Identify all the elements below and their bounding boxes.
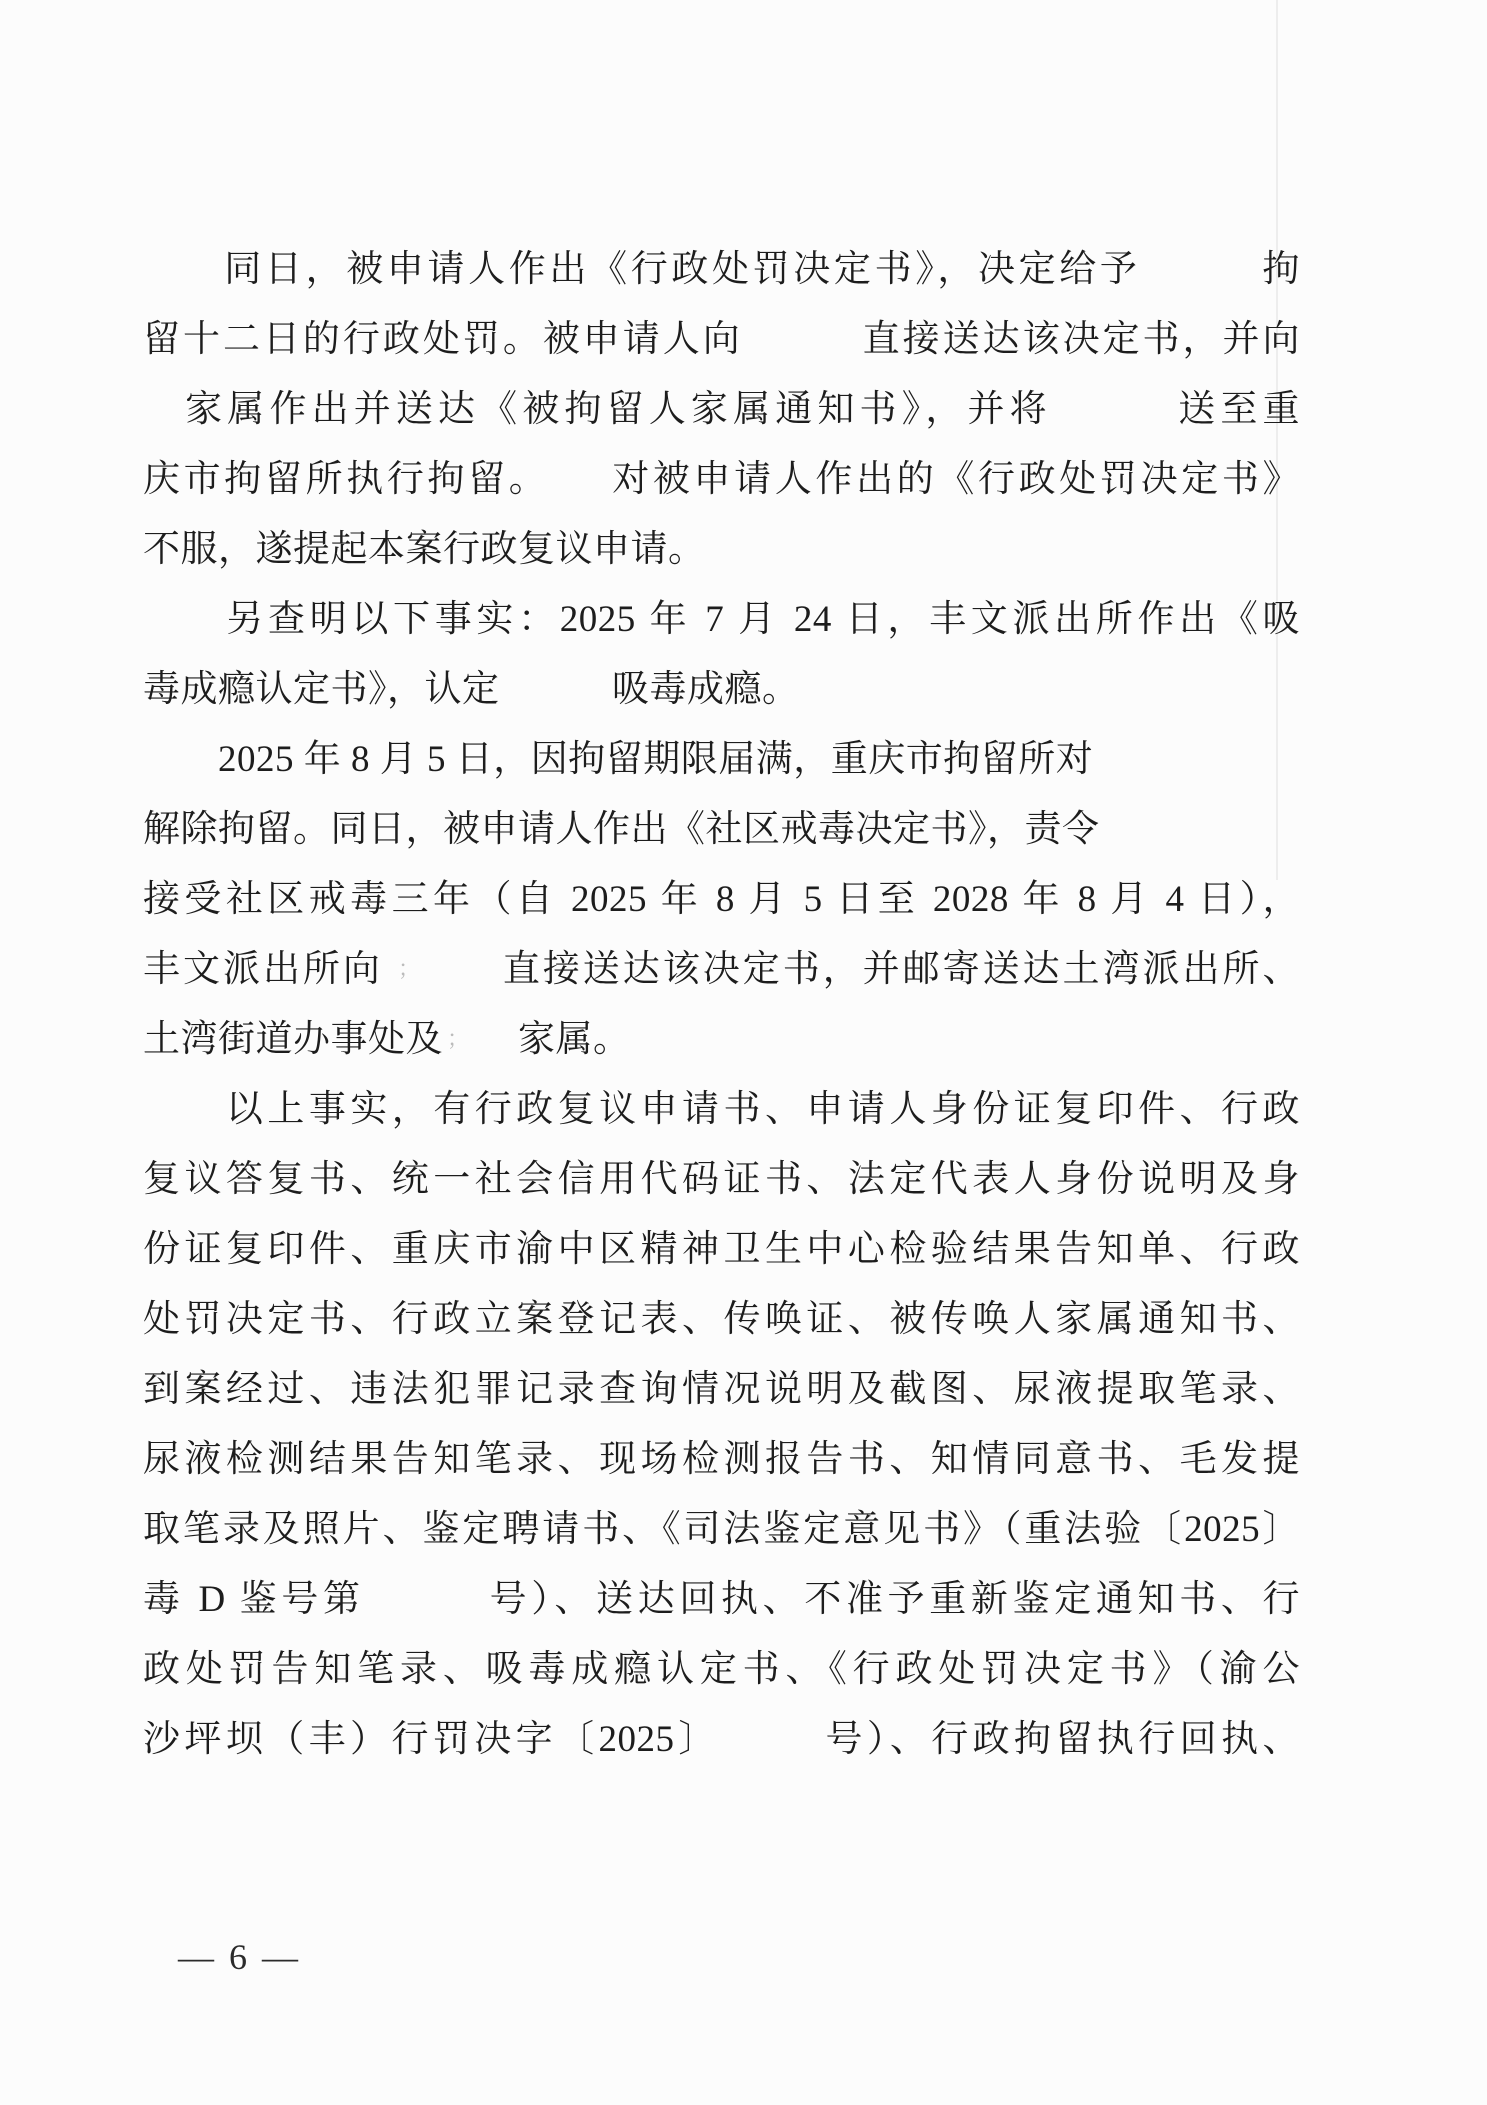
page-number: — 6 — xyxy=(178,1936,301,1978)
text-line: 到案经过、违法犯罪记录查询情况说明及截图、尿液提取笔录、 xyxy=(143,1355,1300,1425)
text-line: 尿液检测结果告知笔录、现场检测报告书、知情同意书、毛发提 xyxy=(143,1425,1300,1495)
text-line: 留十二日的行政处罚。被申请人向 直接送达该决定书，并向 xyxy=(143,305,1300,375)
text-line: 庆市拘留所执行拘留。 对被申请人作出的《行政处罚决定书》 xyxy=(143,445,1300,515)
text-line: 同日，被申请人作出《行政处罚决定书》，决定给予 拘 xyxy=(143,235,1300,305)
text-line: 以上事实，有行政复议申请书、申请人身份证复印件、行政 xyxy=(143,1075,1300,1145)
text-line: 2025 年 8 月 5 日，因拘留期限届满，重庆市拘留所对 xyxy=(143,725,1300,795)
text-line: 丰文派出所向 直接送达该决定书，并邮寄送达土湾派出所、 xyxy=(143,935,1300,1005)
text-line: 沙坪坝（丰）行罚决字〔2025〕 号）、行政拘留执行回执、 xyxy=(143,1705,1300,1775)
text-line: 不服，遂提起本案行政复议申请。 xyxy=(143,515,1300,585)
document-body: 同日，被申请人作出《行政处罚决定书》，决定给予 拘留十二日的行政处罚。被申请人向… xyxy=(143,235,1300,1775)
text-line: 取笔录及照片、鉴定聘请书、《司法鉴定意见书》（重法验〔2025〕 xyxy=(143,1495,1300,1565)
text-line: 家属作出并送达《被拘留人家属通知书》，并将 送至重 xyxy=(143,375,1300,445)
text-line: 毒 D 鉴号第 号）、送达回执、不准予重新鉴定通知书、行 xyxy=(143,1565,1300,1635)
document-page: 同日，被申请人作出《行政处罚决定书》，决定给予 拘留十二日的行政处罚。被申请人向… xyxy=(0,0,1487,2105)
text-line: 复议答复书、统一社会信用代码证书、法定代表人身份说明及身 xyxy=(143,1145,1300,1215)
text-line: 处罚决定书、行政立案登记表、传唤证、被传唤人家属通知书、 xyxy=(143,1285,1300,1355)
text-line: 毒成瘾认定书》，认定 吸毒成瘾。 xyxy=(143,655,1300,725)
redaction-remnant-mark: ； xyxy=(447,1022,469,1053)
text-line: 另查明以下事实：2025 年 7 月 24 日，丰文派出所作出《吸 xyxy=(143,585,1300,655)
text-line: 接受社区戒毒三年（自 2025 年 8 月 5 日至 2028 年 8 月 4 … xyxy=(143,865,1300,935)
text-line: 解除拘留。同日，被申请人作出《社区戒毒决定书》，责令 xyxy=(143,795,1300,865)
text-line: 政处罚告知笔录、吸毒成瘾认定书、《行政处罚决定书》（渝公 xyxy=(143,1635,1300,1705)
text-line: 份证复印件、重庆市渝中区精神卫生中心检验结果告知单、行政 xyxy=(143,1215,1300,1285)
redaction-remnant-mark: ； xyxy=(398,952,420,983)
text-line: 土湾街道办事处及 家属。 xyxy=(143,1005,1300,1075)
